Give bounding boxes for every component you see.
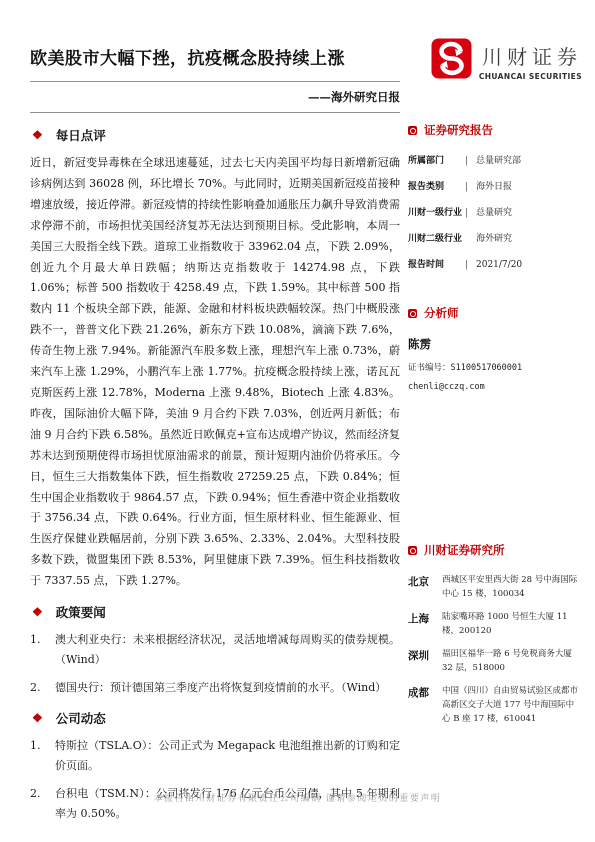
chuancai-logo-icon [431, 38, 472, 83]
brand-name-en: CHUANCAI SECURITIES [479, 72, 582, 81]
report-info-heading-label: 证券研究报告 [424, 122, 493, 138]
section-company-news-heading: ❖ 公司动态 [32, 709, 400, 727]
office-item: 北京 西城区平安里西大街 28 号中海国际中心 15 楼，100034 [408, 573, 580, 601]
info-label: 川财一级行业 [408, 205, 465, 218]
info-label: 所属部门 [408, 153, 465, 166]
info-label: 川财二级行业 [408, 231, 465, 244]
office-city: 北京 [408, 573, 433, 601]
item-number: 1. [30, 736, 55, 776]
institute-heading-label: 川财证券研究所 [424, 542, 505, 558]
item-number: 1. [30, 630, 55, 670]
section-heading-label: 公司动态 [56, 709, 106, 727]
info-label: 报告类别 [408, 179, 465, 192]
section-daily-review-heading: ❖ 每日点评 [32, 126, 400, 144]
report-series-subtitle: ——海外研究日报 [30, 89, 400, 105]
brand-logo: 川财证券 CHUANCAI SECURITIES [431, 38, 582, 83]
info-separator: | [465, 208, 476, 218]
office-item: 深圳 福田区福华一路 6 号免税商务大厦 32 层，518000 [408, 647, 580, 675]
office-city: 成都 [408, 684, 433, 726]
square-bullet-icon [408, 309, 417, 318]
info-value: 海外研究 [476, 231, 512, 244]
info-value: 总量研究 [476, 205, 512, 218]
report-info-row: 报告类别 | 海外日报 [408, 179, 580, 192]
section-heading-label: 政策要闻 [56, 603, 106, 621]
info-value: 总量研究部 [476, 153, 521, 166]
header-divider-top [30, 81, 400, 82]
office-address: 福田区福华一路 6 号免税商务大厦 32 层，518000 [442, 647, 580, 675]
office-item: 上海 陆家嘴环路 1000 号恒生大厦 11 楼，200120 [408, 610, 580, 638]
policy-news-item: 1. 澳大利亚央行：未来根据经济状况，灵活地增减每周购买的债券规模。（Wind） [30, 630, 400, 670]
report-info-row: 川财一级行业 | 总量研究 [408, 205, 580, 218]
report-page: 欧美股市大幅下挫，抗疫概念股持续上涨 ——海外研究日报 川财证券 CHUANCA… [0, 0, 595, 842]
report-info-row: 川财二级行业 海外研究 [408, 231, 580, 244]
office-address: 中国（四川）自由贸易试验区成都市高新区交子大道 177 号中海国际中心 B 座 … [442, 684, 580, 726]
square-bullet-icon [408, 126, 417, 135]
analyst-section: 分析师 陈雳 证书编号：S1100517060001 chenli@cczq.c… [408, 305, 580, 392]
analyst-cert-number: 证书编号：S1100517060001 [408, 361, 580, 373]
office-item: 成都 中国（四川）自由贸易试验区成都市高新区交子大道 177 号中海国际中心 B… [408, 684, 580, 726]
header-divider-bottom [30, 112, 400, 113]
brand-name: 川财证券 CHUANCAI SECURITIES [479, 41, 582, 81]
info-separator: | [465, 182, 476, 192]
info-value: 2021/7/20 [476, 260, 522, 270]
office-address: 陆家嘴环路 1000 号恒生大厦 11 楼，200120 [442, 610, 580, 638]
section-policy-news-heading: ❖ 政策要闻 [32, 603, 400, 621]
section-diamond-icon: ❖ [32, 712, 43, 724]
section-heading-label: 每日点评 [56, 126, 106, 144]
report-info-heading: 证券研究报告 [408, 122, 580, 138]
item-number: 2. [30, 678, 55, 698]
institute-section: 川财证券研究所 北京 西城区平安里西大街 28 号中海国际中心 15 楼，100… [408, 542, 580, 726]
analyst-heading: 分析师 [408, 305, 580, 321]
report-sidebar: 证券研究报告 所属部门 | 总量研究部 报告类别 | 海外日报 川财一级行业 |… [408, 122, 580, 735]
report-info-row: 报告时间 | 2021/7/20 [408, 257, 580, 270]
policy-news-item: 2. 德国央行：预计德国第三季度产出将恢复到疫情前的水平。（Wind） [30, 678, 400, 698]
report-info-row: 所属部门 | 总量研究部 [408, 153, 580, 166]
office-address: 西城区平安里西大街 28 号中海国际中心 15 楼，100034 [442, 573, 580, 601]
square-bullet-icon [408, 546, 417, 555]
report-disclaimer: 本报告由川财证券有限责任公司编制 谨请参阅尾页的重要声明 [0, 791, 595, 804]
item-text: 特斯拉（TSLA.O）：公司正式为 Megapack 电池组推出新的订购和定价页… [55, 736, 400, 776]
office-city: 深圳 [408, 647, 433, 675]
analyst-email: chenli@cczq.com [408, 382, 580, 392]
analyst-name: 陈雳 [408, 336, 580, 352]
info-value: 海外日报 [476, 179, 512, 192]
section-diamond-icon: ❖ [32, 129, 43, 141]
info-separator: | [465, 156, 476, 166]
item-text: 澳大利亚央行：未来根据经济状况，灵活地增减每周购买的债券规模。（Wind） [55, 630, 400, 670]
item-text: 德国央行：预计德国第三季度产出将恢复到疫情前的水平。（Wind） [55, 678, 400, 698]
page-title: 欧美股市大幅下挫，抗疫概念股持续上涨 [30, 44, 400, 69]
analyst-heading-label: 分析师 [424, 305, 459, 321]
main-content: ❖ 每日点评 近日，新冠变异毒株在全球迅速蔓延，过去七天内美国平均每日新增新冠确… [30, 121, 400, 832]
office-city: 上海 [408, 610, 433, 638]
daily-review-body: 近日，新冠变异毒株在全球迅速蔓延，过去七天内美国平均每日新增新冠确诊病例达到 3… [30, 153, 400, 592]
info-separator: | [465, 260, 476, 270]
brand-name-cn: 川财证券 [482, 41, 582, 70]
institute-heading: 川财证券研究所 [408, 542, 580, 558]
info-label: 报告时间 [408, 257, 465, 270]
company-news-item: 1. 特斯拉（TSLA.O）：公司正式为 Megapack 电池组推出新的订购和… [30, 736, 400, 776]
section-diamond-icon: ❖ [32, 606, 43, 618]
report-header: 欧美股市大幅下挫，抗疫概念股持续上涨 ——海外研究日报 [30, 44, 400, 113]
